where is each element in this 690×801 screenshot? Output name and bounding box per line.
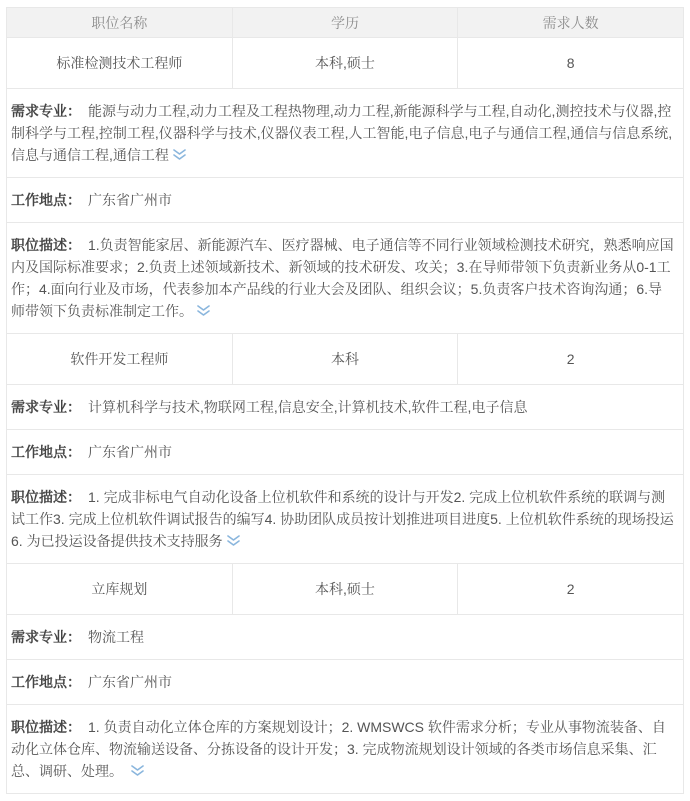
description-label: 职位描述：	[11, 719, 81, 735]
job-description-row: 职位描述：1. 完成非标电气自动化设备上位机软件和系统的设计与开发2. 完成上位…	[7, 475, 684, 564]
job-title: 立库规划	[7, 564, 233, 615]
chevron-double-down-icon[interactable]	[196, 305, 211, 317]
job-title: 软件开发工程师	[7, 334, 233, 385]
chevron-double-down-icon[interactable]	[130, 765, 145, 777]
location-label: 工作地点：	[11, 192, 81, 208]
job-headcount: 2	[458, 334, 684, 385]
job-headcount: 2	[458, 564, 684, 615]
job-listings-page: 职位名称 学历 需求人数 标准检测技术工程师 本科,硕士 8 需求专业：能源与动…	[0, 0, 690, 801]
description-label: 职位描述：	[11, 489, 81, 505]
job-major-row: 需求专业：计算机科学与技术,物联网工程,信息安全,计算机技术,软件工程,电子信息	[7, 385, 684, 430]
column-header-education: 学历	[232, 8, 458, 38]
table-header-row: 职位名称 学历 需求人数	[7, 8, 684, 38]
job-summary-row: 软件开发工程师 本科 2	[7, 334, 684, 385]
job-location-row: 工作地点：广东省广州市	[7, 178, 684, 223]
description-label: 职位描述：	[11, 237, 81, 253]
major-value: 能源与动力工程,动力工程及工程热物理,动力工程,新能源科学与工程,自动化,测控技…	[11, 103, 672, 163]
job-title: 标准检测技术工程师	[7, 38, 233, 89]
major-value: 计算机科学与技术,物联网工程,信息安全,计算机技术,软件工程,电子信息	[88, 399, 527, 415]
job-education: 本科,硕士	[232, 38, 458, 89]
job-description-row: 职位描述：1.负责智能家居、新能源汽车、医疗器械、电子通信等不同行业领域检测技术…	[7, 223, 684, 334]
description-value: 1. 完成非标电气自动化设备上位机软件和系统的设计与开发2. 完成上位机软件系统…	[11, 489, 674, 549]
location-value: 广东省广州市	[88, 444, 172, 460]
job-education: 本科,硕士	[232, 564, 458, 615]
major-label: 需求专业：	[11, 103, 81, 119]
major-label: 需求专业：	[11, 399, 81, 415]
job-summary-row: 立库规划 本科,硕士 2	[7, 564, 684, 615]
location-value: 广东省广州市	[88, 674, 172, 690]
column-header-position: 职位名称	[7, 8, 233, 38]
job-headcount: 8	[458, 38, 684, 89]
chevron-double-down-icon[interactable]	[172, 149, 187, 161]
job-major-row: 需求专业：能源与动力工程,动力工程及工程热物理,动力工程,新能源科学与工程,自动…	[7, 89, 684, 178]
chevron-double-down-icon[interactable]	[226, 535, 241, 547]
job-major-row: 需求专业：物流工程	[7, 615, 684, 660]
job-location-row: 工作地点：广东省广州市	[7, 660, 684, 705]
job-location-row: 工作地点：广东省广州市	[7, 430, 684, 475]
location-label: 工作地点：	[11, 674, 81, 690]
description-value: 1. 负责自动化立体仓库的方案规划设计；2. WMSWCS 软件需求分析；专业从…	[11, 719, 666, 779]
job-listings-table: 职位名称 学历 需求人数 标准检测技术工程师 本科,硕士 8 需求专业：能源与动…	[6, 7, 684, 794]
description-value: 1.负责智能家居、新能源汽车、医疗器械、电子通信等不同行业领域检测技术研究，熟悉…	[11, 237, 674, 319]
column-header-headcount: 需求人数	[458, 8, 684, 38]
location-label: 工作地点：	[11, 444, 81, 460]
job-summary-row: 标准检测技术工程师 本科,硕士 8	[7, 38, 684, 89]
major-label: 需求专业：	[11, 629, 81, 645]
job-education: 本科	[232, 334, 458, 385]
job-description-row: 职位描述：1. 负责自动化立体仓库的方案规划设计；2. WMSWCS 软件需求分…	[7, 705, 684, 794]
location-value: 广东省广州市	[88, 192, 172, 208]
major-value: 物流工程	[88, 629, 144, 645]
